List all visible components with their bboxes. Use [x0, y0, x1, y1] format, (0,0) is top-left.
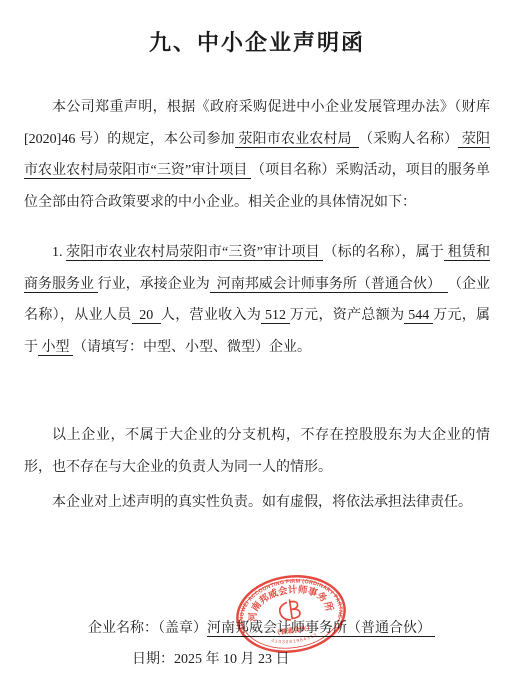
filled-blank: 小型: [38, 340, 73, 356]
no-affiliation-paragraph: 以上企业，不属于大企业的分支机构，不存在控股股东为大企业的情形，也不存在与大企业…: [24, 420, 490, 483]
document-page: 九、中小企业声明函 本公司郑重声明，根据《政府采购促进中小企业发展管理办法》（财…: [0, 0, 524, 681]
text-run: 万元，资产总额为: [290, 308, 405, 323]
document-body: 九、中小企业声明函 本公司郑重声明，根据《政府采购促进中小企业发展管理办法》（财…: [0, 0, 524, 676]
filled-blank: 荥阳市农业农村局荥阳市“三资”审计项目: [66, 245, 323, 261]
text-run: 企业名称：（盖章）: [88, 621, 207, 636]
text-run: 1.: [52, 245, 66, 260]
text-run: 人，营业收入为: [161, 308, 261, 323]
enterprise-detail-paragraph: 1. 荥阳市农业农村局荥阳市“三资”审计项目 （标的名称），属于 租赁和商务服务…: [24, 237, 490, 363]
doc-title: 九、中小企业声明函: [24, 28, 490, 58]
filled-blank: 20: [132, 308, 161, 324]
intro-paragraph: 本公司郑重声明，根据《政府采购促进中小企业发展管理办法》（财库[2020]46 …: [24, 92, 490, 218]
filled-blank: 荥阳市农业农村局: [235, 132, 359, 148]
date-line: 日期：2025 年 10 月 23 日: [132, 644, 490, 676]
filled-blank: 河南邦威会计师事务所（普通合伙）: [210, 277, 448, 293]
responsibility-paragraph: 本企业对上述声明的真实性负责。如有虚假，将依法承担法律责任。: [24, 487, 490, 519]
filled-blank: 544: [404, 308, 433, 324]
text-run: 行业，承接企业为: [98, 277, 210, 292]
text-run: （标的名称），属于: [323, 245, 444, 260]
text-run: （请填写：中型、小型、微型）企业。: [73, 340, 311, 355]
filled-blank: 河南邦威会计师事务所（普通合伙）: [207, 621, 435, 637]
company-name-line: 企业名称：（盖章）河南邦威会计师事务所（普通合伙）: [88, 613, 490, 645]
filled-blank: 512: [261, 308, 290, 324]
text-run: （采购人名称）: [359, 132, 458, 147]
